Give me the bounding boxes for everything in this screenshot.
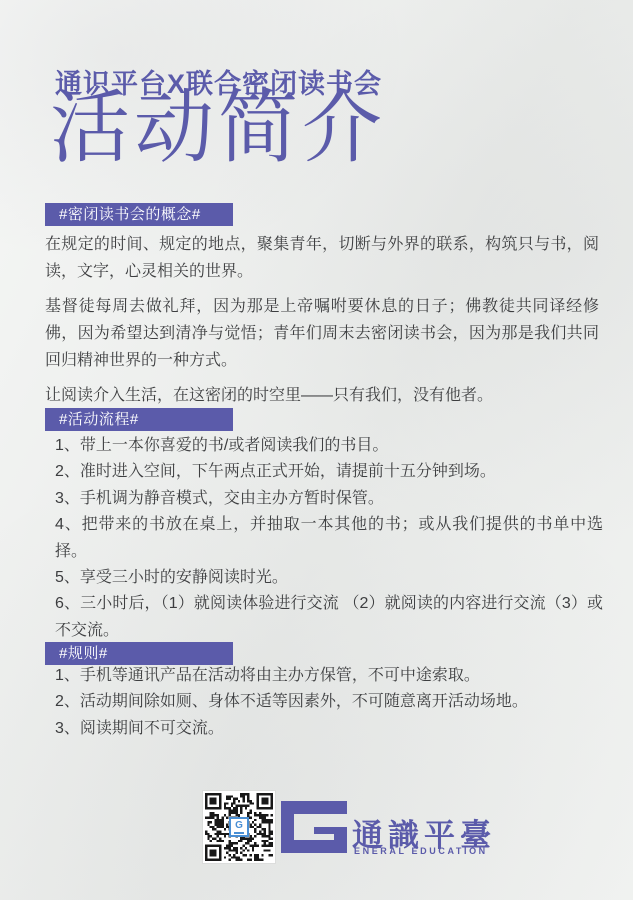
flow-item: 1、带上一本你喜爱的书/或者阅读我们的书目。: [45, 433, 603, 459]
qr-code: G: [203, 791, 275, 863]
rule-item: 2、活动期间除如厕、身体不适等因素外，不可随意离开活动场地。: [45, 689, 603, 715]
flow-item: 6、三小时后，（1）就阅读体验进行交流 （2）就阅读的内容进行交流（3）或不交流…: [45, 591, 603, 644]
concept-paragraph: 让阅读介入生活，在这密闭的时空里——只有我们，没有他者。: [45, 382, 599, 409]
flow-item: 5、享受三小时的安静阅读时光。: [45, 565, 603, 591]
flow-list: 1、带上一本你喜爱的书/或者阅读我们的书目。 2、准时进入空间，下午两点正式开始…: [45, 433, 603, 644]
flow-item: 2、准时进入空间，下午两点正式开始，请提前十五分钟到场。: [45, 459, 603, 485]
concept-heading: #密闭读书会的概念#: [59, 206, 201, 223]
event-title: 活动简介: [50, 86, 386, 170]
qr-center-badge: G: [229, 817, 249, 837]
rule-item: 1、手机等通讯产品在活动将由主办方保管，不可中途索取。: [45, 663, 603, 689]
concept-paragraph: 在规定的时间、规定的地点，聚集青年，切断与外界的联系，构筑只与书，阅读，文字，心…: [45, 231, 599, 285]
flow-item: 4、把带来的书放在桌上，并抽取一本其他的书；或从我们提供的书单中选择。: [45, 512, 603, 565]
qr-badge-letter: G: [235, 821, 243, 831]
rules-heading: #规则#: [59, 645, 108, 662]
concept-paragraph: 基督徒每周去做礼拜，因为那是上帝嘱咐要休息的日子；佛教徒共同译经修佛，因为希望达…: [45, 293, 599, 374]
rules-list: 1、手机等通讯产品在活动将由主办方保管，不可中途索取。 2、活动期间除如厕、身体…: [45, 663, 603, 742]
concept-heading-bar: #密闭读书会的概念#: [45, 203, 233, 226]
qr-badge-underline: [234, 832, 244, 834]
footer-logos: G 通識平臺 ENERAL EDUCATION: [0, 788, 633, 883]
poster-page: 通识平台X联合密闭读书会 活动简介 #密闭读书会的概念# 在规定的时间、规定的地…: [0, 0, 633, 900]
flow-heading: #活动流程#: [59, 411, 139, 428]
logo-subtitle: ENERAL EDUCATION: [354, 846, 488, 856]
flow-item: 3、手机调为静音模式，交由主办方暂时保管。: [45, 486, 603, 512]
rules-heading-bar: #规则#: [45, 642, 233, 665]
g-logo-icon: [281, 801, 347, 853]
rule-item: 3、阅读期间不可交流。: [45, 716, 603, 742]
concept-paragraphs: 在规定的时间、规定的地点，聚集青年，切断与外界的联系，构筑只与书，阅读，文字，心…: [45, 231, 599, 417]
flow-heading-bar: #活动流程#: [45, 408, 233, 431]
